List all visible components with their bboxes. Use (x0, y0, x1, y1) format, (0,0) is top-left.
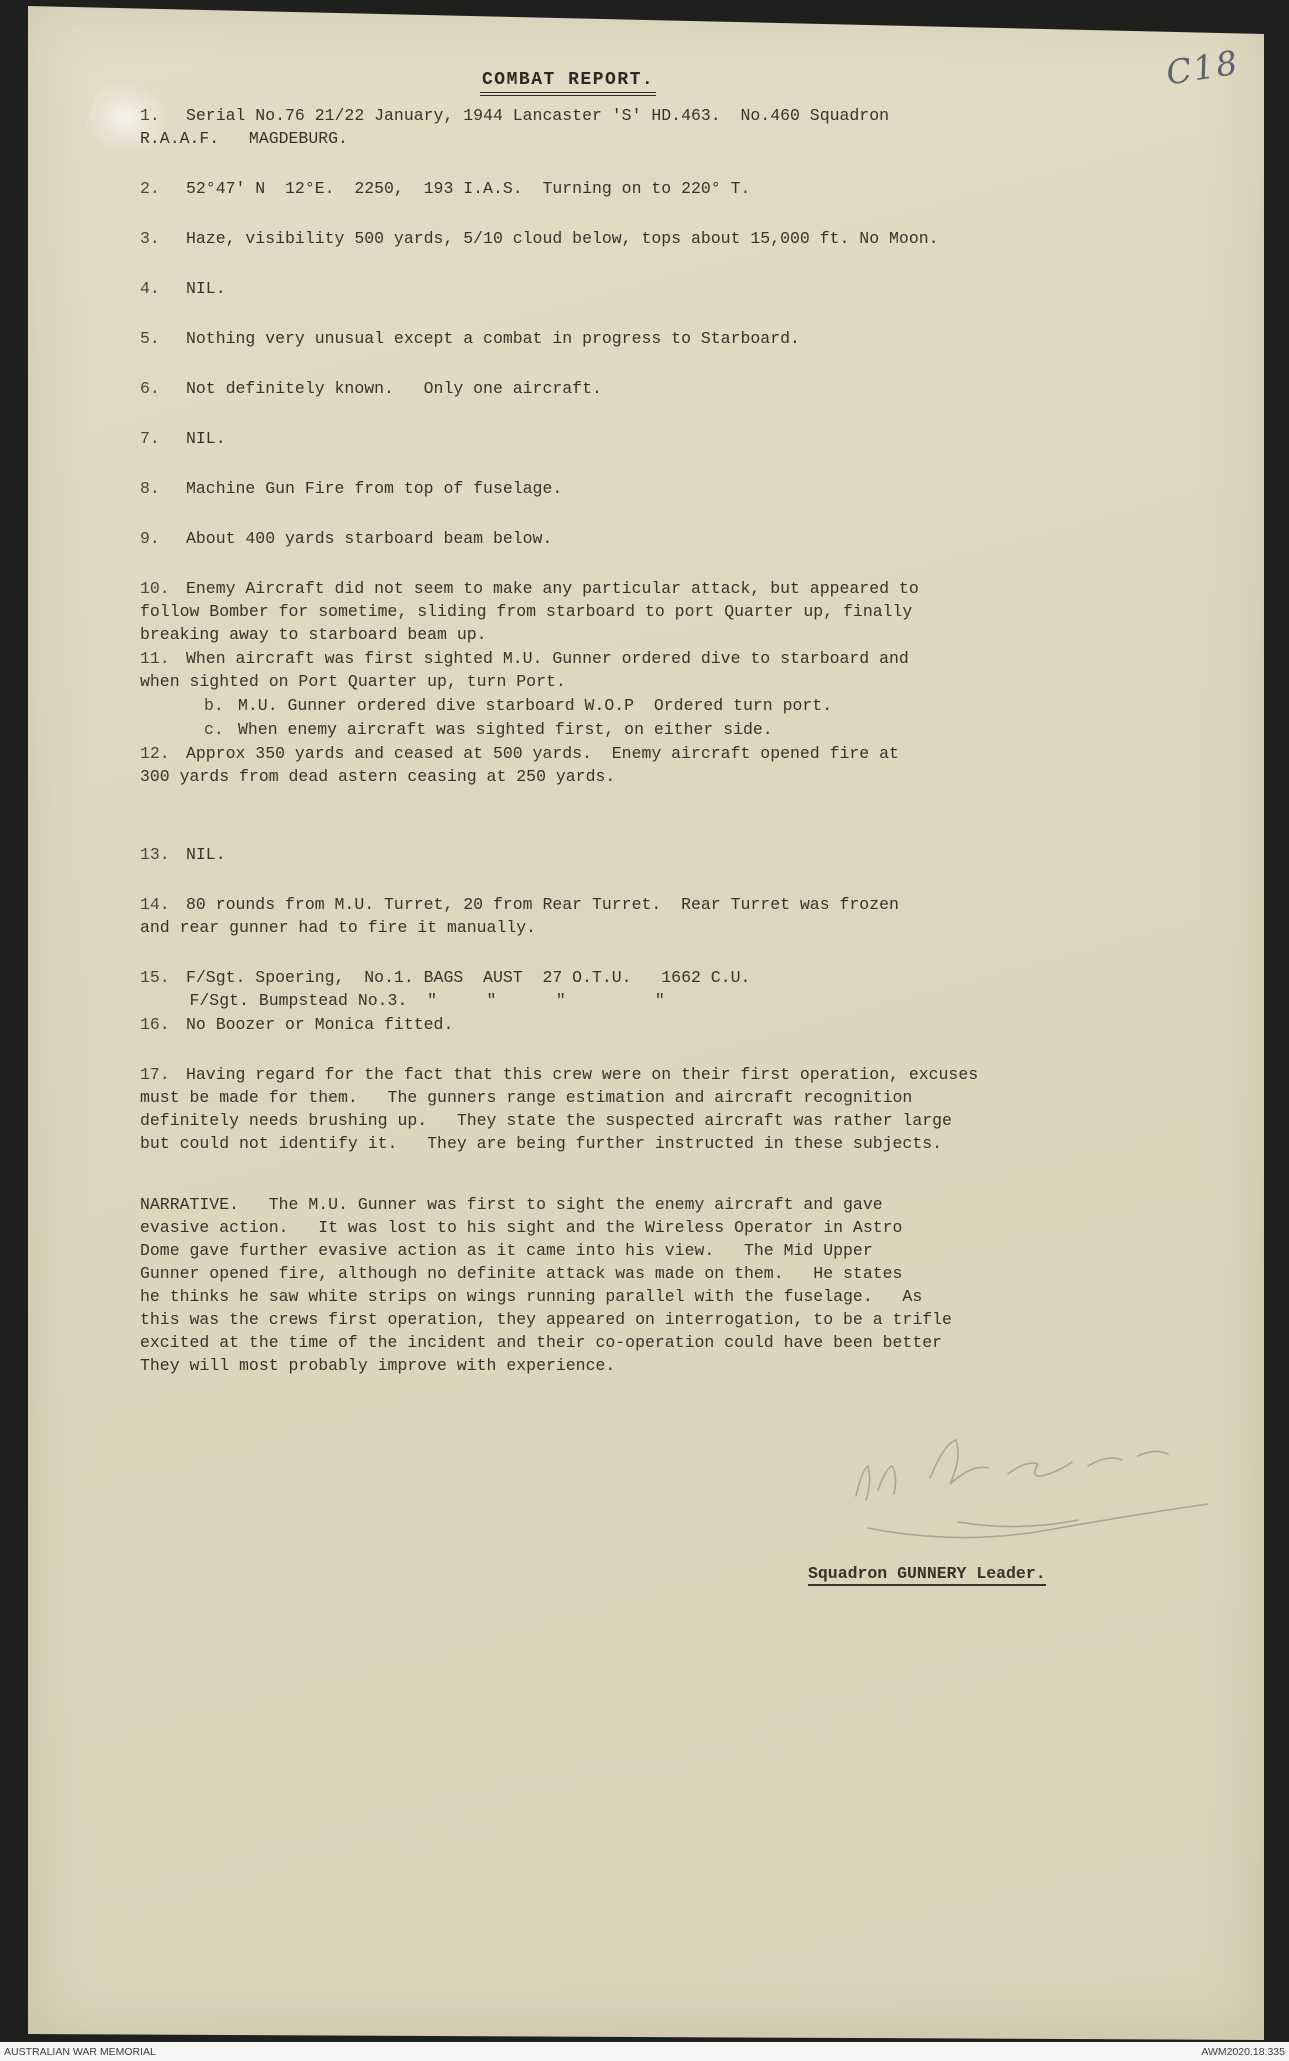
report-item-11: 11.When aircraft was first sighted M.U. … (140, 647, 1020, 693)
report-item-6: 6.Not definitely known. Only one aircraf… (140, 377, 1020, 400)
item-number: 16. (140, 1013, 186, 1036)
report-line: but could not identify it. They are bein… (140, 1132, 1020, 1155)
archive-metadata-bar: AUSTRALIAN WAR MEMORIAL AWM2020.18.335 (0, 2042, 1289, 2061)
page-title: COMBAT REPORT. (480, 70, 656, 96)
report-item-10: 10.Enemy Aircraft did not seem to make a… (140, 577, 1020, 646)
report-line: when sighted on Port Quarter up, turn Po… (140, 670, 1020, 693)
report-line: Machine Gun Fire from top of fuselage. (186, 479, 562, 498)
item-number: 1. (140, 104, 186, 127)
report-line: About 400 yards starboard beam below. (186, 529, 552, 548)
report-line: 80 rounds from M.U. Turret, 20 from Rear… (186, 895, 899, 914)
report-item-15: 15.F/Sgt. Spoering, No.1. BAGS AUST 27 O… (140, 966, 1020, 1012)
report-item-3: 3.Haze, visibility 500 yards, 5/10 cloud… (140, 227, 1020, 250)
report-line: F/Sgt. Spoering, No.1. BAGS AUST 27 O.T.… (186, 968, 750, 987)
report-line: F/Sgt. Bumpstead No.3. " " " " (140, 989, 1020, 1012)
report-item-16: 16.No Boozer or Monica fitted. (140, 1013, 1020, 1036)
handwritten-signature (838, 1426, 1268, 1556)
report-body: 1.Serial No.76 21/22 January, 1944 Lanca… (140, 104, 1020, 1377)
report-item-c: c.When enemy aircraft was sighted first,… (140, 718, 1020, 741)
report-line: Having regard for the fact that this cre… (186, 1065, 978, 1084)
item-number: 4. (140, 277, 186, 300)
item-number: 17. (140, 1063, 186, 1086)
item-number: 13. (140, 843, 186, 866)
report-item-12: 12.Approx 350 yards and ceased at 500 ya… (140, 742, 1020, 788)
report-line: definitely needs brushing up. They state… (140, 1109, 1020, 1132)
report-item-5: 5.Nothing very unusual except a combat i… (140, 327, 1020, 350)
item-number: 8. (140, 477, 186, 500)
item-number: 15. (140, 966, 186, 989)
item-number: 2. (140, 177, 186, 200)
report-line: NIL. (186, 429, 226, 448)
report-line: Enemy Aircraft did not seem to make any … (186, 579, 919, 598)
report-item-8: 8.Machine Gun Fire from top of fuselage. (140, 477, 1020, 500)
report-item-b: b.M.U. Gunner ordered dive starboard W.O… (140, 694, 1020, 717)
report-line: Nothing very unusual except a combat in … (186, 329, 800, 348)
item-number: 11. (140, 647, 186, 670)
report-line: must be made for them. The gunners range… (140, 1086, 1020, 1109)
item-number: 14. (140, 893, 186, 916)
item-number: 7. (140, 427, 186, 450)
report-line: NIL. (186, 279, 226, 298)
report-line: 300 yards from dead astern ceasing at 25… (140, 765, 1020, 788)
report-line: No Boozer or Monica fitted. (186, 1015, 453, 1034)
archive-name: AUSTRALIAN WAR MEMORIAL (4, 2046, 156, 2058)
narrative-line: evasive action. It was lost to his sight… (140, 1216, 1020, 1239)
item-number: c. (204, 718, 238, 741)
signature-area: Squadron GUNNERY Leader. (808, 1406, 1288, 1606)
narrative-paragraph: NARRATIVE. The M.U. Gunner was first to … (140, 1193, 1020, 1377)
item-number: 5. (140, 327, 186, 350)
report-line: breaking away to starboard beam up. (140, 623, 1020, 646)
signature-title: Squadron GUNNERY Leader. (808, 1564, 1046, 1586)
combat-report-page: COMBAT REPORT. C18 1.Serial No.76 21/22 … (28, 6, 1264, 2040)
report-line: When enemy aircraft was sighted first, o… (238, 720, 773, 739)
report-item-1: 1.Serial No.76 21/22 January, 1944 Lanca… (140, 104, 1020, 150)
report-line: Not definitely known. Only one aircraft. (186, 379, 602, 398)
narrative-line: Gunner opened fire, although no definite… (140, 1262, 1020, 1285)
report-line: Serial No.76 21/22 January, 1944 Lancast… (186, 106, 889, 125)
report-item-7: 7.NIL. (140, 427, 1020, 450)
report-item-13: 13.NIL. (140, 843, 1020, 866)
report-line: R.A.A.F. MAGDEBURG. (140, 127, 1020, 150)
item-number: 10. (140, 577, 186, 600)
item-number: b. (204, 694, 238, 717)
report-item-14: 14.80 rounds from M.U. Turret, 20 from R… (140, 893, 1020, 939)
item-number: 12. (140, 742, 186, 765)
report-line: follow Bomber for sometime, sliding from… (140, 600, 1020, 623)
report-item-9: 9.About 400 yards starboard beam below. (140, 527, 1020, 550)
report-line: When aircraft was first sighted M.U. Gun… (186, 649, 909, 668)
report-item-4: 4.NIL. (140, 277, 1020, 300)
archive-id: AWM2020.18.335 (1201, 2046, 1285, 2058)
scanned-document-page: { "title": "COMBAT REPORT.", "annotation… (0, 0, 1289, 2061)
item-number: 6. (140, 377, 186, 400)
handwritten-annotation: C18 (1163, 43, 1241, 93)
report-item-17: 17.Having regard for the fact that this … (140, 1063, 1020, 1155)
report-line: 52°47' N 12°E. 2250, 193 I.A.S. Turning … (186, 179, 750, 198)
narrative-line: Dome gave further evasive action as it c… (140, 1239, 1020, 1262)
report-line: M.U. Gunner ordered dive starboard W.O.P… (238, 696, 832, 715)
narrative-line: They will most probably improve with exp… (140, 1354, 1020, 1377)
narrative-line: excited at the time of the incident and … (140, 1331, 1020, 1354)
report-item-2: 2.52°47' N 12°E. 2250, 193 I.A.S. Turnin… (140, 177, 1020, 200)
report-line: Approx 350 yards and ceased at 500 yards… (186, 744, 899, 763)
report-line: NIL. (186, 845, 226, 864)
report-line: and rear gunner had to fire it manually. (140, 916, 1020, 939)
item-number: 3. (140, 227, 186, 250)
narrative-line: this was the crews first operation, they… (140, 1308, 1020, 1331)
narrative-line: he thinks he saw white strips on wings r… (140, 1285, 1020, 1308)
narrative-line: NARRATIVE. The M.U. Gunner was first to … (140, 1193, 1020, 1216)
item-number: 9. (140, 527, 186, 550)
report-line: Haze, visibility 500 yards, 5/10 cloud b… (186, 229, 939, 248)
